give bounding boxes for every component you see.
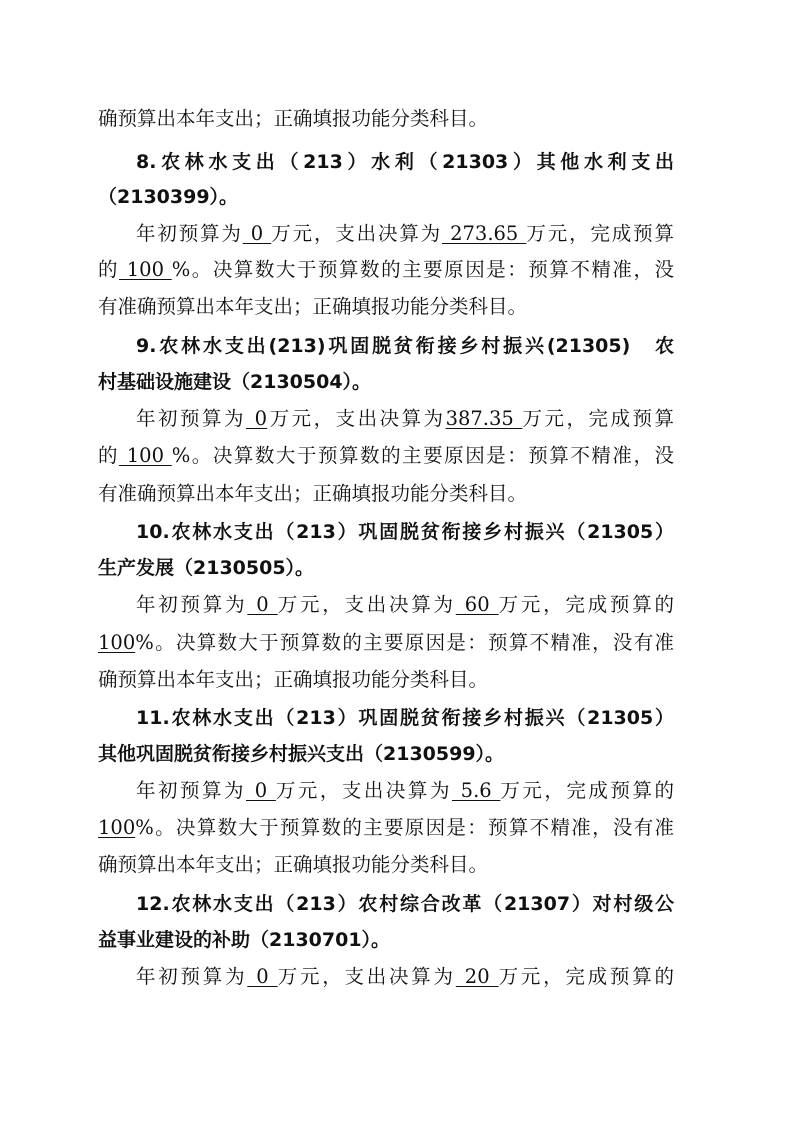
- section-heading-11-cont: 其他巩固脱贫衔接乡村振兴支出（2130599）。: [98, 739, 674, 769]
- text: 的: [98, 444, 119, 467]
- section-11-budget-line: 年初预算为 0 万元，支出决算为 5.6 万元，完成预算的: [136, 776, 674, 806]
- section-9-budget-line: 年初预算为 0万元，支出决算为387.35 万元，完成预算: [136, 404, 674, 434]
- completion-label: 万元，完成预算: [523, 407, 674, 430]
- completion-percent: 100: [98, 631, 135, 654]
- reason-text: %。决算数大于预算数的主要原因是：预算不精准，没: [172, 444, 674, 467]
- section-heading-10: 10.农林水支出（213）巩固脱贫衔接乡村振兴（21305）: [136, 517, 674, 547]
- completion-percent: 100: [119, 258, 172, 281]
- section-heading-10-cont: 生产发展（2130505）。: [98, 553, 674, 583]
- document-page: 确预算出本年支出；正确填报功能分类科目。 8.农林水支出（213）水利（2130…: [0, 0, 793, 1122]
- actual-label: 万元，支出决算为: [278, 593, 456, 616]
- budget-value: 0: [247, 593, 277, 616]
- section-heading-12: 12.农林水支出（213）农村综合改革（21307）对村级公: [136, 889, 674, 919]
- completion-label: 万元，完成预算的: [500, 779, 674, 802]
- section-heading-12-cont: 益事业建设的补助（2130701）。: [98, 925, 674, 955]
- budget-value: 0: [243, 222, 272, 245]
- budget-label: 年初预算为: [136, 593, 247, 616]
- actual-label: 万元，支出决算为: [276, 779, 452, 802]
- completion-percent: 100: [98, 816, 135, 839]
- budget-label: 年初预算为: [136, 965, 247, 988]
- section-10-reason-tail: 确预算出本年支出；正确填报功能分类科目。: [98, 665, 674, 695]
- actual-value: 60: [456, 593, 499, 616]
- actual-label: 万元，支出决算为: [271, 222, 442, 245]
- section-8-reason-tail: 有准确预算出本年支出；正确填报功能分类科目。: [98, 292, 674, 322]
- section-10-budget-line: 年初预算为 0 万元，支出决算为 60 万元，完成预算的: [136, 590, 674, 620]
- section-heading-9: 9.农林水支出(213)巩固脱贫衔接乡村振兴(21305) 农: [136, 331, 674, 361]
- section-12-budget-line: 年初预算为 0 万元，支出决算为 20 万元，完成预算的: [136, 962, 674, 992]
- budget-value: 0: [246, 779, 276, 802]
- actual-value: 387.35: [446, 407, 523, 430]
- text: 的: [98, 258, 119, 281]
- section-11-reason-line: 100%。决算数大于预算数的主要原因是：预算不精准，没有准: [98, 813, 674, 843]
- budget-label: 年初预算为: [136, 779, 246, 802]
- reason-text: %。决算数大于预算数的主要原因是：预算不精准，没: [172, 258, 674, 281]
- section-8-budget-line: 年初预算为 0 万元，支出决算为 273.65 万元，完成预算: [136, 219, 674, 249]
- budget-value: 0: [246, 407, 267, 430]
- actual-value: 20: [456, 965, 499, 988]
- section-heading-9-cont: 村基础设施建设（2130504）。: [98, 367, 674, 397]
- completion-label: 万元，完成预算的: [499, 965, 674, 988]
- paragraph-line: 确预算出本年支出；正确填报功能分类科目。: [98, 104, 674, 134]
- budget-value: 0: [247, 965, 277, 988]
- section-8-reason-line: 的 100 %。决算数大于预算数的主要原因是：预算不精准，没: [98, 255, 674, 285]
- section-9-reason-tail: 有准确预算出本年支出；正确填报功能分类科目。: [98, 479, 674, 509]
- actual-label: 万元，支出决算为: [267, 407, 445, 430]
- completion-label: 万元，完成预算: [526, 222, 674, 245]
- reason-text: %。决算数大于预算数的主要原因是：预算不精准，没有准: [135, 631, 674, 654]
- actual-value: 5.6: [452, 779, 500, 802]
- reason-text: %。决算数大于预算数的主要原因是：预算不精准，没有准: [135, 816, 674, 839]
- completion-percent: 100: [119, 444, 172, 467]
- completion-label: 万元，完成预算的: [499, 593, 674, 616]
- section-10-reason-line: 100%。决算数大于预算数的主要原因是：预算不精准，没有准: [98, 628, 674, 658]
- budget-label: 年初预算为: [136, 407, 246, 430]
- section-heading-11: 11.农林水支出（213）巩固脱贫衔接乡村振兴（21305）: [136, 703, 674, 733]
- budget-label: 年初预算为: [136, 222, 243, 245]
- section-heading-8: 8.农林水支出（213）水利（21303）其他水利支出: [136, 147, 674, 177]
- section-11-reason-tail: 确预算出本年支出；正确填报功能分类科目。: [98, 850, 674, 880]
- section-9-reason-line: 的 100 %。决算数大于预算数的主要原因是：预算不精准，没: [98, 441, 674, 471]
- actual-value: 273.65: [442, 222, 526, 245]
- section-heading-8-cont: （2130399）。: [98, 182, 674, 212]
- actual-label: 万元，支出决算为: [278, 965, 456, 988]
